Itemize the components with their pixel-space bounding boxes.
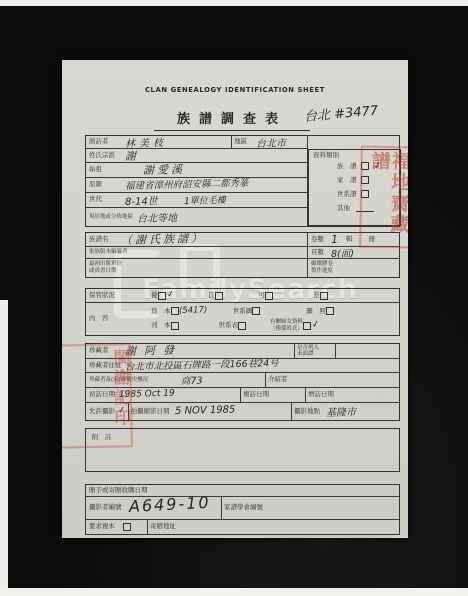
condition-label: 保管狀況 [89,292,139,299]
manuscript-note: (5417) [178,305,207,316]
generations-label: 世代 [89,196,125,203]
checkbox [171,307,179,315]
cell-divider [294,344,295,358]
item-printed-label: 刊 本 [151,322,171,329]
checkbox [171,322,179,330]
checkmark-icon: ✓ [311,320,320,330]
cell-divider [265,373,266,387]
microfilm-frame: FamilySearch CLAN GENEALOGY IDENTIFICATI… [0,0,468,596]
publish-date-label: 或成書日期 [89,268,122,274]
additional-visit-label: 增訪日期 [308,391,338,398]
checkbox [252,307,260,315]
founder-label: 始祖 [89,166,125,173]
request-copy-label: 要求複本 [89,523,123,530]
checkmark-icon: ✓ [166,290,175,300]
microfilm-progress-label: 製作進度 [311,268,333,274]
volumes-label: 卷數 [311,236,331,243]
cell-divider [305,388,306,402]
cell-divider [335,344,336,358]
origin-label: 原籍 [89,181,125,188]
checkbox [215,292,223,300]
society-number-label: 家譜學會編號 [224,504,396,511]
category-clan-genealogy-label: 族 譜 [337,163,357,170]
category-family-genealogy-label: 家 譜 [337,177,357,184]
photographer-code-label: 攝影者編號 [89,504,129,511]
checkbox [123,523,131,531]
residence-value: 台北等地 [137,208,177,224]
film-edge [0,300,8,588]
region-label: 地區 [234,138,256,145]
item-women-data-sublabel: 〔僅係姓氏〕 [270,326,303,332]
interviewer-value: 林美枝 [125,132,229,150]
photographer-code-value: A649-10 [129,492,222,516]
filming-location-label: 攝影地點 [294,408,326,415]
checkbox [303,322,311,330]
item-manuscript-label: 寫 本 [151,308,171,315]
cell-divider [240,388,241,402]
item-lineage-chart-label: 世系圖 [233,308,253,315]
compiler-label: 家族版本編纂者 [89,249,128,255]
checkmark-icon [132,526,139,527]
red-seal-stamp-right: 福地齋藏譜 [359,146,408,249]
listed-sublabel: 未面譚 [297,351,333,357]
generations-value: 8-14世 [125,192,158,208]
cell-divider [291,403,292,420]
generations-note: 1單位毛樓 [184,192,226,206]
owner-history-value: 商73 [181,371,263,387]
volumes-unit-ji: 輯 [346,236,353,243]
document-title: 族譜調查表 [154,108,310,131]
footer-table: 贈予或寄贈收購日期 攝影者編號 A649-10 家譜學會編號 要求複本 寄贈地址 [85,484,400,535]
filming-location-value: 基隆市 [326,402,396,419]
category-lineage-chart-label: 世系譜 [337,191,357,198]
introducer-value [296,377,396,380]
document-paper: FamilySearch CLAN GENEALOGY IDENTIFICATI… [62,60,408,538]
volumes-value: 1 [331,233,338,246]
pages-value: 8(面) [331,245,354,260]
filming-date-value: 5 NOV 1985 [174,403,289,417]
clan-label: 姓氏宗派 [89,152,125,159]
reference-number-handwritten: 台北 #3477 [303,100,378,125]
region-value: 台北市 [256,133,304,149]
item-lineage-table-label: 世系表 [219,322,239,329]
checkbox [265,292,273,300]
cell-divider [231,136,232,148]
genealogy-title-label: 族譜名 [89,236,121,243]
mailing-address-label: 寄贈地址 [150,523,176,530]
condition-table: 保管狀況 優 ✓ 良 可 差 內 容 寫 本 (5417) 世系圖 [85,288,400,336]
introducer-label: 介紹者 [268,376,296,383]
founder-value: 謝愛溪 [143,161,185,178]
category-other-label: 其他 [337,205,350,212]
document-header-english: CLAN GENEALOGY IDENTIFICATION SHEET [62,86,408,94]
pages-label: 頁數 [311,249,331,256]
item-photos-label: 圖 照 [306,308,326,315]
genealogy-title-value: （謝氏族譜） [121,229,205,247]
origin-value: 福建省漳州府詔安縣二都秀篆 [125,175,249,192]
content-label: 內 容 [89,315,139,322]
filming-date-label: 拍攝縮影日期 [131,408,175,415]
red-seal-stamp-left: 閩謝記印 [62,343,133,448]
clan-value: 謝 [125,147,136,163]
second-visit-value [273,394,303,395]
survey-info-table: 面訪者 林美枝 地區 台北市 姓氏宗派 謝 始祖 謝愛溪 原籍 福建省漳州府詔安… [85,135,400,227]
interviewer-label: 面訪者 [89,138,125,145]
book-info-table: 族譜名 （謝氏族譜） 家族版本編纂者 最初出版單位 或成書日期 卷數 [85,232,400,278]
first-visit-value: 1985 Oct 19 [119,387,238,400]
acquisition-date-label: 贈予或寄贈收購日期 [89,487,148,494]
second-visit-label: 複訪日期 [243,391,273,398]
cell-divider [147,520,148,534]
checkbox [238,322,246,330]
additional-visit-value [338,393,396,395]
residence-label: 現居地或分佈地區 [89,214,137,220]
checkbox [320,292,328,300]
checkbox [326,307,334,315]
checkbox [158,292,166,300]
